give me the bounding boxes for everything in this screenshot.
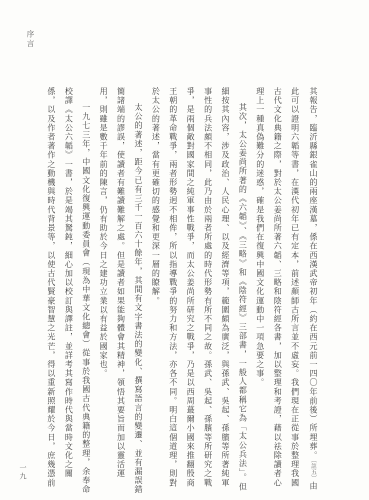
paragraph-1973-commission: 一九七三年，中國文化復興運動委員會（現為中華文化總會）從事於我國古代典籍的整理，… [41,87,95,496]
margin-label-preface: 序言 [25,30,36,49]
inline-footnote-ref: 〔註五〕 [310,460,316,481]
preface-text-block: 其報告，臨沂縣銀雀山的兩座漢墓，係在西漢武帝初年（約在西元前一四〇年前後）所埋葬… [41,87,322,496]
book-page: 序言 其報告，臨沂縣銀雀山的兩座漢墓，係在西漢武帝初年（約在西元前一四〇年前後）… [0,0,369,500]
paragraph-taigong-bingfa: 其次，太公姜尚所著的《六韜》、《三略》和《陰符經》三部書，一般人都稱它為「太公兵… [147,87,251,496]
paragraph-ancient-writings: 太公的著述，距今已有三千一百六十餘年，其間有文字書法的變化、撰寫語言的變遷、並有… [95,87,147,496]
paragraph-han-tombs: 其報告，臨沂縣銀雀山的兩座漢墓，係在西漢武帝初年（約在西元前一四〇年前後）所埋葬… [251,87,322,496]
page-number: 一九 [18,464,28,481]
paragraph-text: 其報告，臨沂縣銀雀山的兩座漢墓，係在西漢武帝初年（約在西元前一四〇年前後）所埋葬… [309,87,318,460]
